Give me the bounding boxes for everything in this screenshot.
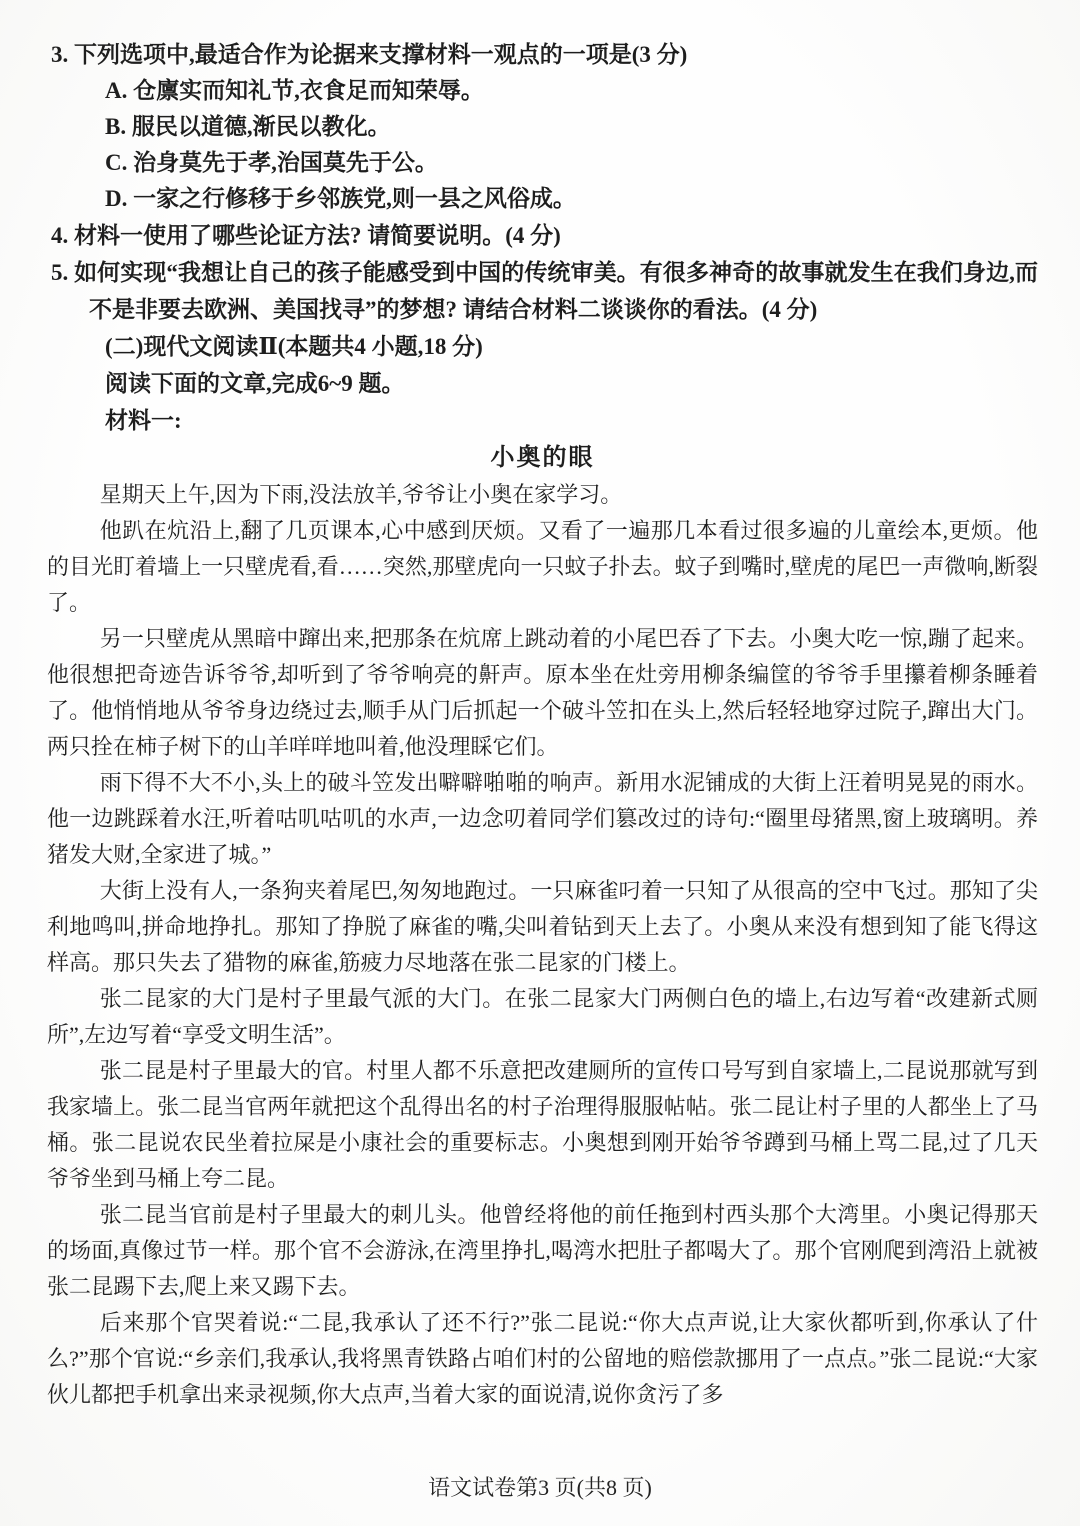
section-title: 现代文阅读Ⅱ	[143, 334, 277, 359]
article-paragraph: 雨下得不大不小,头上的破斗笠发出噼噼啪啪的响声。新用水泥铺成的大街上汪着明晃晃的…	[47, 765, 1038, 873]
article-paragraph: 他趴在炕沿上,翻了几页课本,心中感到厌烦。又看了一遍那几本看过很多遍的儿童绘本,…	[47, 513, 1038, 621]
question-3: 3. 下列选项中,最适合作为论据来支撑材料一观点的一项是(3 分)	[51, 36, 1038, 73]
article-paragraph: 星期天上午,因为下雨,没法放羊,爷爷让小奥在家学习。	[47, 477, 1038, 513]
article-paragraph: 张二昆当官前是村子里最大的刺儿头。他曾经将他的前任拖到村西头那个大湾里。小奥记得…	[47, 1197, 1038, 1305]
question-3-option-b: B. 服民以道德,渐民以教化。	[105, 109, 1038, 145]
article-paragraph: 后来那个官哭着说:“二昆,我承认了还不行?”张二昆说:“你大点声说,让大家伙都听…	[47, 1305, 1038, 1413]
article-paragraph: 另一只壁虎从黑暗中蹿出来,把那条在炕席上跳动着的小尾巴吞了下去。小奥大吃一惊,蹦…	[47, 621, 1038, 765]
section-number: (二)	[105, 334, 143, 359]
exam-paper-page: 3. 下列选项中,最适合作为论据来支撑材料一观点的一项是(3 分) A. 仓廪实…	[0, 0, 1080, 1526]
question-4: 4. 材料一使用了哪些论证方法? 请简要说明。(4 分)	[51, 217, 1038, 254]
questions-block: 3. 下列选项中,最适合作为论据来支撑材料一观点的一项是(3 分) A. 仓廪实…	[47, 36, 1038, 328]
article-paragraph: 张二昆是村子里最大的官。村里人都不乐意把改建厕所的宣传口号写到自家墙上,二昆说那…	[47, 1053, 1038, 1197]
question-3-option-d: D. 一家之行修移于乡邻族党,则一县之风俗成。	[105, 181, 1038, 217]
question-3-option-a: A. 仓廪实而知礼节,衣食足而知荣辱。	[105, 73, 1038, 109]
article: 小奥的眼 星期天上午,因为下雨,没法放羊,爷爷让小奥在家学习。 他趴在炕沿上,翻…	[47, 439, 1038, 1413]
reading-instruction: 阅读下面的文章,完成6~9 题。	[105, 365, 1038, 402]
article-title: 小奥的眼	[47, 439, 1038, 477]
page-footer: 语文试卷第3 页(共8 页)	[0, 1471, 1080, 1502]
section-meta: (本题共4 小题,18 分)	[278, 334, 483, 359]
article-paragraph: 张二昆家的大门是村子里最气派的大门。在张二昆家大门两侧白色的墙上,右边写着“改建…	[47, 981, 1038, 1053]
section-heading: (二)现代文阅读Ⅱ(本题共4 小题,18 分)	[105, 328, 1038, 365]
material-one-label: 材料一:	[105, 402, 1038, 439]
article-paragraph: 大街上没有人,一条狗夹着尾巴,匆匆地跑过。一只麻雀叼着一只知了从很高的空中飞过。…	[47, 873, 1038, 981]
question-5: 5. 如何实现“我想让自己的孩子能感受到中国的传统审美。有很多神奇的故事就发生在…	[51, 254, 1038, 328]
question-3-option-c: C. 治身莫先于孝,治国莫先于公。	[105, 145, 1038, 181]
